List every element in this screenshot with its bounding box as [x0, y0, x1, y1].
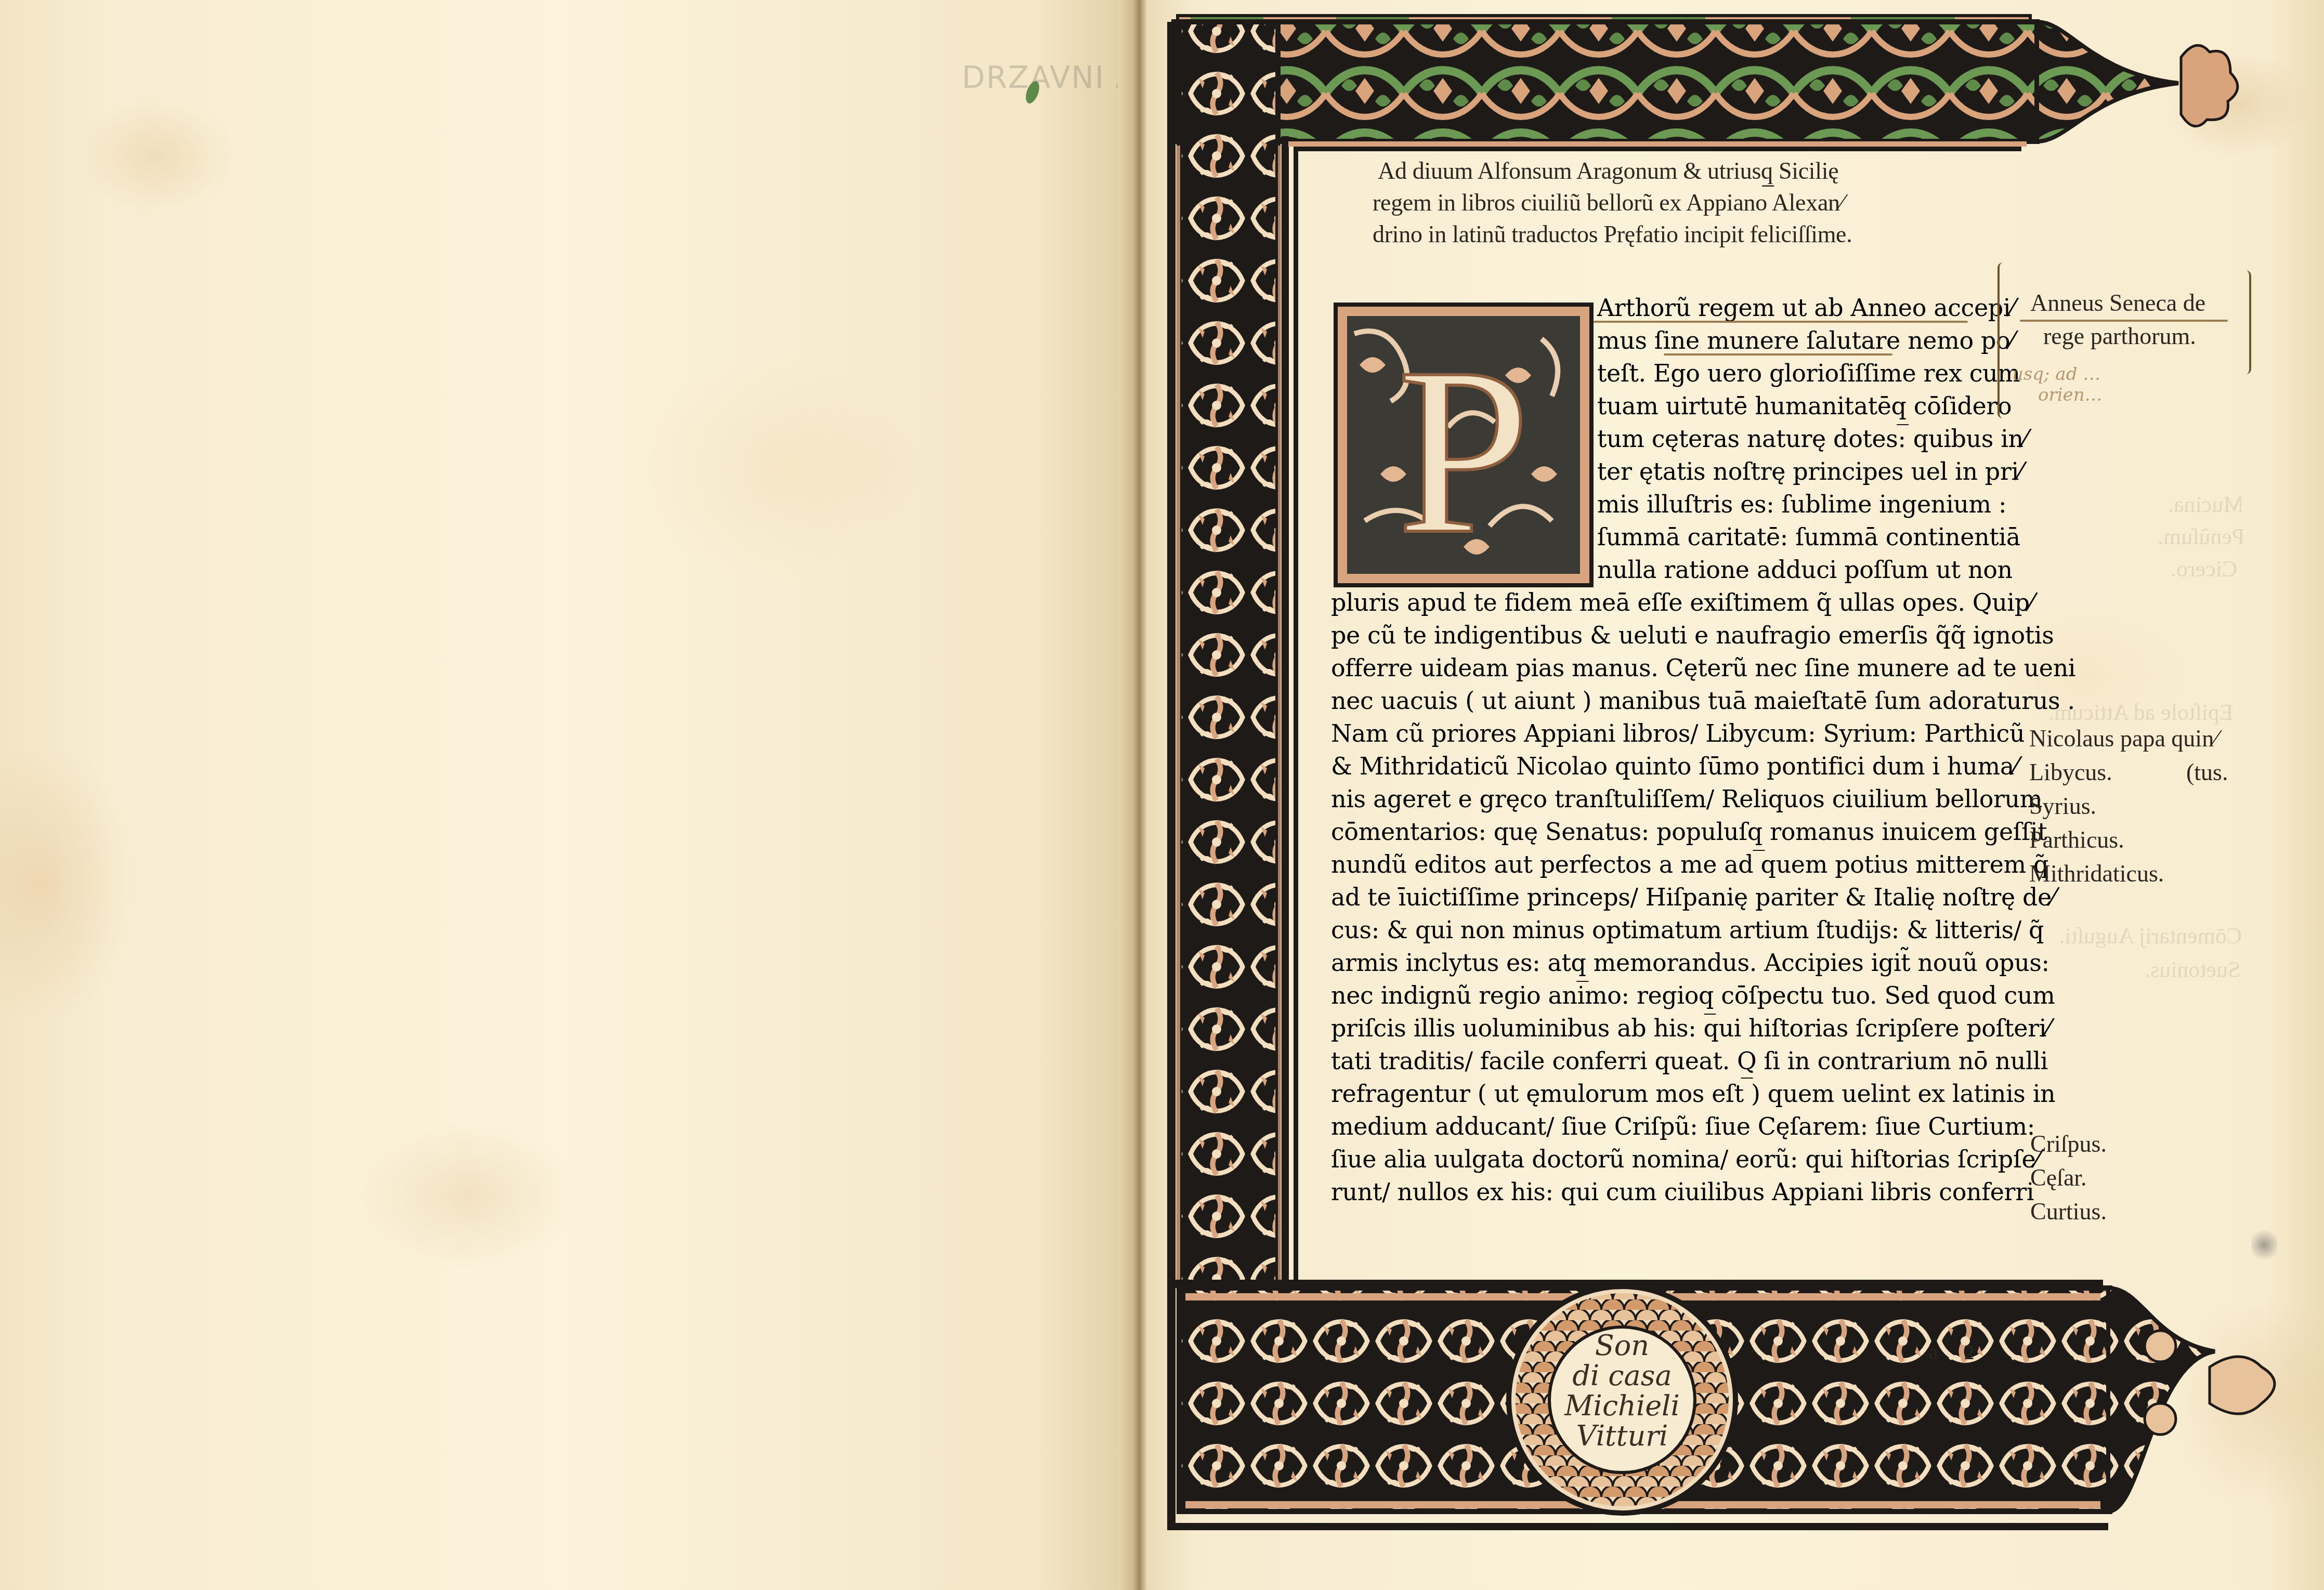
body-line: nec uacuis ( ut aiunt ) manibus tuā maie…	[1331, 685, 2075, 716]
preface-heading: Ad diuum Alfonsum Aragonum & utriusq̲ Si…	[1373, 155, 1996, 250]
body-line: Nam cũ priores Appiani libros/ Libycum: …	[1331, 718, 2025, 749]
body-line: ſummā caritatē: ſummā continentiā	[1597, 521, 2020, 553]
ink-bracket	[2241, 270, 2251, 374]
handwritten-annotation: usq; ad …	[2012, 364, 2100, 385]
body-line: ter ętatis noſtrę principes uel in pri⁄	[1597, 456, 2022, 487]
body-line: nulla ratione adduci poſſum ut non	[1597, 554, 2013, 585]
body-line: nis ageret e gręco tranſtuliſſem/ Reliqu…	[1331, 783, 2042, 814]
body-line: ad te īuictiſſime princeps/ Hiſpanię par…	[1331, 882, 2055, 913]
body-line: pe cũ te indigentibus & ueluti e naufrag…	[1331, 620, 2054, 651]
body-line: armis inclytus es: atq̲ memorandus. Acci…	[1331, 947, 2049, 978]
body-line: pluris apud te fidem meā eſſe exiſtimem …	[1331, 587, 2033, 618]
body-line: ſiue alia uulgata doctorũ nomina/ eorũ: …	[1331, 1144, 2040, 1175]
ownership-inscription: Son di casa Michieli Vitturi	[1555, 1331, 1690, 1451]
body-line: medium adducant/ ſiue Criſpũ: ſiue Cęſar…	[1331, 1111, 2035, 1142]
body-line: nundũ editos aut perfectos a me ad quem …	[1331, 849, 2048, 880]
handwritten-annotation: orien…	[2038, 385, 2103, 405]
signature-mark: a 2	[1929, 1340, 1985, 1364]
body-line: nec indignũ regio animo: regioq̲ cōſpect…	[1331, 980, 2055, 1011]
body-line: priſcis illis uoluminibus ab his: qui hi…	[1331, 1013, 2050, 1044]
ink-underline	[1594, 321, 1968, 323]
heading-line: drino in latinũ traductos Pręfatio incip…	[1373, 218, 1996, 250]
initial-letter-p: P	[1334, 303, 1594, 587]
svg-text:P: P	[1397, 318, 1530, 583]
ink-smudge	[2251, 1227, 2277, 1263]
ink-underline	[1664, 353, 1892, 356]
heading-line: regem in libros ciuiliũ bellorũ ex Appia…	[1373, 187, 1996, 218]
body-line: tati traditis/ facile conferri queat. Q̲…	[1331, 1045, 2048, 1076]
body-line: cōmentarios: quę Senatus: populuſq̲ roma…	[1331, 816, 2047, 847]
ink-bracket	[1997, 262, 2008, 418]
body-line: Arthorũ regem ut ab Anneo accepi⁄	[1597, 292, 2014, 323]
body-line: offerre uideam pias manus. Cęterũ nec ſi…	[1331, 652, 2075, 684]
book-spread: DRZAVNI AR… Mucina. Penũſum. Cicero. Epi…	[0, 0, 2324, 1590]
body-line: tum cęteras naturę dotes: quibus in⁄	[1597, 423, 2027, 454]
body-line: & Mithridaticũ Nicolao quinto ſūmo ponti…	[1331, 751, 2018, 782]
body-line: teſt. Ego uero glorioſiſſime rex cum	[1597, 358, 2020, 389]
body-line: mus ſine munere ſalutare nemo po⁄	[1597, 325, 2014, 356]
body-line: cus: & qui non minus optimatum artium ſt…	[1331, 914, 2044, 945]
heading-line: Ad diuum Alfonsum Aragonum & utriusq̲ Si…	[1378, 155, 1996, 187]
body-line: mis illuſtris es: ſublime ingenium :	[1597, 489, 2006, 520]
body-line: runt/ nullos ex his: qui cum ciuilibus A…	[1331, 1176, 2034, 1207]
body-line: tuam uirtutē humanitatēq̲ cōſidero	[1597, 390, 2012, 422]
body-line: refragentur ( ut ęmulorum mos eſt ) quem…	[1331, 1078, 2055, 1109]
